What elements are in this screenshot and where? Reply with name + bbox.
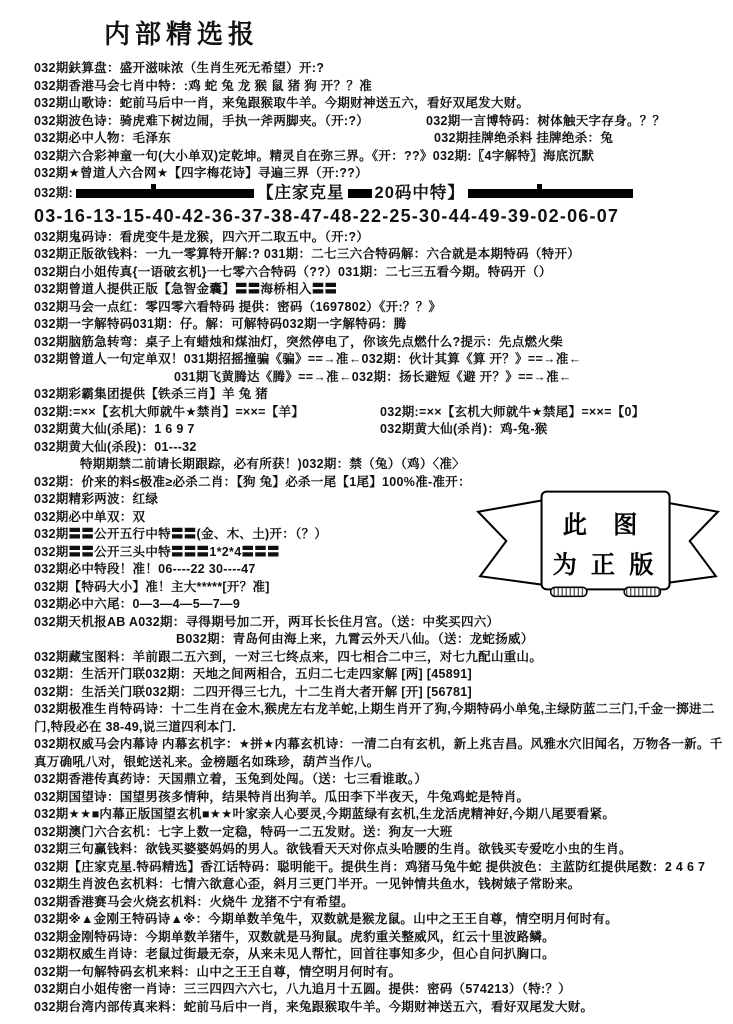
line-text: 032期波色诗：骑虎难下树边闹，手执一斧两脚夹。（开:?） — [34, 114, 369, 128]
report-line: 031期飞黄腾达《腾》==→准←032期：扬长避短《避 开？》==→准← — [34, 369, 731, 387]
line-text: 032期彩霸集团提供【铁杀三肖】羊 兔 猪 — [34, 387, 268, 401]
report-line: B032期：青岛何由海上来，九霄云外天八仙。（送：龙蛇扬威） — [34, 631, 731, 649]
authenticity-stamp: 此 图 为 正 版 — [468, 484, 728, 610]
stamp-curl-left — [551, 587, 587, 596]
line-text: 032期★★■内幕正版国望玄机■★★叶家亲人心要灵,今期蓝绿有玄机,生龙活虎精神… — [34, 807, 615, 821]
bars-label: 【庄家克星 — [257, 184, 345, 202]
report-line: 032期一句解特码玄机来料：山中之王王自尊，情空明月何时有。 — [34, 964, 731, 982]
report-line: 032期※▲金刚王特码诗▲※：今期单数羊兔牛，双数就是猴龙鼠。山中之王王自尊，情… — [34, 911, 731, 929]
line-text: 032期台湾内部传真来料：蛇前马后中一肖，来兔跟猴取牛羊。今期财神送五六，看好双… — [34, 1000, 593, 1014]
report-line: 032期:=××【玄机大师就牛★禁肖】=××=【羊】032期:=××【玄机大师就… — [34, 404, 731, 422]
ribbon-left-wing — [478, 500, 547, 586]
report-line: 032期生肖波色玄机料：七情六欲意心歪，斜月三更门半开。一见钟情共鱼水，钱树婊子… — [34, 876, 731, 894]
report-line: 032期国望诗：国望男孩多情种，结果特肖出狗羊。瓜田李下半夜天，牛兔鸡蛇是特肖。 — [34, 789, 731, 807]
line-text: 032期金刚特码诗：今期单数羊猪牛，双数就是马狗鼠。虎豹重关整威风，红云十里波路… — [34, 930, 555, 944]
report-line: 032期★曾道人六合网★【四字梅花诗】寻遍三界（开:??） — [34, 165, 731, 183]
line-text: 032期黄大仙(杀尾)：1 6 9 7 — [34, 422, 195, 436]
line-text: 032期：生活关门联032期：二四开得三七九，十二生肖大者开解 [开] [567… — [34, 685, 472, 699]
line-text: 032期【庄家克星.特码精选】香江话特码：聪明能干。提供生肖：鸡猪马兔牛蛇 提供… — [34, 860, 705, 874]
report-line: 032期香港传真药诗：天国鼎立着，玉兔到处闯。（送：七三看谁敢。） — [34, 771, 731, 789]
line-text: 032期澳门六合玄机：七字上数一定稳，特码一二五发财。送：狗友一大班 — [34, 825, 453, 839]
report-line: 032期澳门六合玄机：七字上数一定稳，特码一二五发财。送：狗友一大班 — [34, 824, 731, 842]
line-text: 032期必中单双：双 — [34, 510, 145, 524]
line-text: 032期香港赛马会火烧玄机料：火烧牛 龙猪不宁有希望。 — [34, 895, 354, 909]
line-text: 032期权威马会内幕诗 内幕玄机字：★拼★内幕玄机诗：一清二白有玄机，新上兆吉昌… — [34, 737, 723, 769]
line-text: 032期鈇算盘：盛开滋味浓（生肖生死无希望）开:? — [34, 61, 324, 75]
report-line: 032期白小姐传真{一语破玄机}一七零六合特码（??）031期：二七三五看今期。… — [34, 264, 731, 282]
line-text: 032期权威生肖诗：老鼠过街最无奈，从来未见人帮忙，回首往事知多少，但心自问扒胸… — [34, 947, 555, 961]
line-text: 032期鬼码诗：看虎变牛是龙猴，四六开二取五中。（开:?） — [34, 230, 369, 244]
line-text: 032期三句赢钱料：欲钱买婆婆妈妈的男人。欲钱看天天对你点头哈腰的生肖。欲钱买专… — [34, 842, 632, 856]
report-line: 032期一字解特码031期：仔。解：可解特码032期一字解特码：腾 — [34, 316, 731, 334]
line-text: 032期正版欲钱料：一九一零算特开解:? 031期：二七三六合特码解：六合就是本… — [34, 247, 580, 261]
line-text: 032期〓〓公开三头中特〓〓〓1*2*4〓〓〓 — [34, 545, 280, 559]
report-line: 032期极准生肖特码诗：十二生肖在金木,猴虎左右龙羊蛇,上期生肖开了狗,今期特码… — [34, 701, 731, 736]
line-text: 032期精彩两波：红绿 — [34, 492, 158, 506]
report-line: 032期必中人物：毛泽东032期挂牌绝杀料 挂牌绝杀：兔 — [34, 130, 731, 148]
line-text: 032期国望诗：国望男孩多情种，结果特肖出狗羊。瓜田李下半夜天，牛兔鸡蛇是特肖。 — [34, 790, 529, 804]
report-line: 032期藏宝图料：羊前跟二五六到，一对三七终点来，四七相合二中三，对七九配山重山… — [34, 649, 731, 667]
report-line: 032期★★■内幕正版国望玄机■★★叶家亲人心要灵,今期蓝绿有玄机,生龙活虎精神… — [34, 806, 731, 824]
report-line: 特期期禁二前请长期跟踪，必有所获！)032期：禁（兔）（鸡）〈准〉 — [34, 456, 731, 474]
line-text: 032期极准生肖特码诗：十二生肖在金木,猴虎左右龙羊蛇,上期生肖开了狗,今期特码… — [34, 702, 715, 734]
stamp-curl-right — [624, 587, 660, 596]
line-text: 032期必中特段！准！06----22 30----47 — [34, 562, 256, 576]
line-text: B032期：青岛何由海上来，九霄云外天八仙。（送：龙蛇扬威） — [176, 632, 534, 646]
line-text: 特期期禁二前请长期跟踪，必有所获！)032期：禁（兔）（鸡）〈准〉 — [80, 457, 465, 471]
line-text: 032期生肖波色玄机料：七情六欲意心歪，斜月三更门半开。一见钟情共鱼水，钱树婊子… — [34, 877, 581, 891]
line-text: 032期曾道人一句定单双！031期招摇撞骗《骗》==→准←032期：伙计其算《算… — [34, 352, 581, 366]
black-bar — [76, 189, 254, 198]
line-text: 032期:=××【玄机大师就牛★禁肖】=××=【羊】 — [34, 405, 304, 419]
report-line: 032期脑筋急转弯：桌子上有蜡烛和煤油灯，突然停电了，你该先点燃什么?提示：先点… — [34, 334, 731, 352]
report-line: 032期马会一点红：零四零六看特码 提供：密码（1697802）《开:？？》 — [34, 299, 731, 317]
line-text: 032期必中人物：毛泽东 — [34, 131, 171, 145]
report-line: 032期：生活开门联032期：天地之间两相合，五归二七走四家解 [两] [458… — [34, 666, 731, 684]
report-line: 032期六合彩神童一句(大小单双)定乾坤。精灵自在弥三界。《开：??》032期:… — [34, 148, 731, 166]
line-text: 032期: — [34, 186, 73, 200]
line-text-col2: 032期挂牌绝杀料 挂牌绝杀：兔 — [434, 130, 613, 148]
line-text: 03-16-13-15-40-42-36-37-38-47-48-22-25-3… — [34, 206, 619, 226]
report-line: 032期山歌诗：蛇前马后中一肖，来兔跟猴取牛羊。今期财神送五六，看好双尾发大财。 — [34, 95, 731, 113]
line-text-col2: 032期:=××【玄机大师就牛★禁尾】=××=【0】 — [380, 404, 645, 422]
line-text: 032期一句解特码玄机来料：山中之王王自尊，情空明月何时有。 — [34, 965, 401, 979]
line-text: 032期藏宝图料：羊前跟二五六到，一对三七终点来，四七相合二中三，对七九配山重山… — [34, 650, 542, 664]
line-text: 031期飞黄腾达《腾》==→准←032期：扬长避短《避 开？》==→准← — [174, 370, 572, 384]
line-text: 032期黄大仙(杀段)：01---32 — [34, 440, 197, 454]
report-line: 032期权威生肖诗：老鼠过街最无奈，从来未见人帮忙，回首往事知多少，但心自问扒胸… — [34, 946, 731, 964]
report-line: 032期曾道人一句定单双！031期招摇撞骗《骗》==→准←032期：伙计其算《算… — [34, 351, 731, 369]
report-line: 032期鬼码诗：看虎变牛是龙猴，四六开二取五中。（开:?） — [34, 229, 731, 247]
stamp-line2: 为 正 版 — [553, 552, 658, 579]
line-text: 032期一字解特码031期：仔。解：可解特码032期一字解特码：腾 — [34, 317, 406, 331]
line-text: 032期香港马会七肖中特：:鸡 蛇 兔 龙 猴 鼠 猪 狗 开？？准 — [34, 79, 372, 93]
report-line: 032期彩霸集团提供【铁杀三肖】羊 兔 猪 — [34, 386, 731, 404]
report-line: 032期波色诗：骑虎难下树边闹，手执一斧两脚夹。（开:?）032期一言博特码：树… — [34, 113, 731, 131]
line-text: 032期曾道人提供正版【急智金囊】〓〓海桥相入〓〓 — [34, 282, 337, 296]
line-text: 032期山歌诗：蛇前马后中一肖，来兔跟猴取牛羊。今期财神送五六，看好双尾发大财。 — [34, 96, 529, 110]
report-line: 032期:【庄家克星20码中特】 — [34, 183, 731, 204]
line-text: 032期马会一点红：零四零六看特码 提供：密码（1697802）《开:？？》 — [34, 300, 441, 314]
black-bar — [348, 189, 372, 198]
report-line: 032期三句赢钱料：欲钱买婆婆妈妈的男人。欲钱看天天对你点头哈腰的生肖。欲钱买专… — [34, 841, 731, 859]
report-line: 032期天机报AB A032期：寻得期号加二开，两耳长长住月宫。（送：中奖买四六… — [34, 614, 731, 632]
report-line: 032期香港马会七肖中特：:鸡 蛇 兔 龙 猴 鼠 猪 狗 开？？准 — [34, 78, 731, 96]
bars-label: 20码中特】 — [375, 184, 465, 202]
line-text: 032期脑筋急转弯：桌子上有蜡烛和煤油灯，突然停电了，你该先点燃什么?提示：先点… — [34, 335, 563, 349]
report-line: 032期黄大仙(杀尾)：1 6 9 7032期黄大仙(杀肖)：鸡-兔-猴 — [34, 421, 731, 439]
line-text: 032期白小姐传真{一语破玄机}一七零六合特码（??）031期：二七三五看今期。… — [34, 265, 552, 279]
line-text: 032期【特码大小】准！主大*****[开？准] — [34, 580, 270, 594]
line-text: 032期※▲金刚王特码诗▲※：今期单数羊兔牛，双数就是猴龙鼠。山中之王王自尊，情… — [34, 912, 618, 926]
line-text: 032期：生活开门联032期：天地之间两相合，五归二七走四家解 [两] [458… — [34, 667, 472, 681]
line-text: 032期〓〓公开五行中特〓〓(金、木、土)开：（？） — [34, 527, 327, 541]
line-text: 032期六合彩神童一句(大小单双)定乾坤。精灵自在弥三界。《开：??》032期:… — [34, 149, 594, 163]
report-line: 032期台湾内部传真来料：蛇前马后中一肖，来兔跟猴取牛羊。今期财神送五六，看好双… — [34, 999, 731, 1017]
stamp-line1: 此 图 — [563, 512, 648, 539]
report-line: 032期正版欲钱料：一九一零算特开解:? 031期：二七三六合特码解：六合就是本… — [34, 246, 731, 264]
line-text: 032期★曾道人六合网★【四字梅花诗】寻遍三界（开:??） — [34, 166, 368, 180]
report-line: 032期：生活关门联032期：二四开得三七九，十二生肖大者开解 [开] [567… — [34, 684, 731, 702]
report-line: 032期曾道人提供正版【急智金囊】〓〓海桥相入〓〓 — [34, 281, 731, 299]
report-line: 032期黄大仙(杀段)：01---32 — [34, 439, 731, 457]
report-line: 032期白小姐传密一肖诗：三三四四六六七，八九追月十五圆。提供：密码（57421… — [34, 981, 731, 999]
line-text: 032期必中六尾：0—3—4—5—7—9 — [34, 597, 240, 611]
line-text: 032期天机报AB A032期：寻得期号加二开，两耳长长住月宫。（送：中奖买四六… — [34, 615, 499, 629]
line-text: 032期：价来的料≤极准≥必杀二肖：【狗 兔】必杀一尾【1尾】100%准-准开： — [34, 475, 471, 489]
report-line: 032期香港赛马会火烧玄机料：火烧牛 龙猪不宁有希望。 — [34, 894, 731, 912]
report-line: 032期【庄家克星.特码精选】香江话特码：聪明能干。提供生肖：鸡猪马兔牛蛇 提供… — [34, 859, 731, 877]
report-page: 内部精选报 032期鈇算盘：盛开滋味浓（生肖生死无希望）开:?032期香港马会七… — [0, 0, 733, 1024]
line-text: 032期香港传真药诗：天国鼎立着，玉兔到处闯。（送：七三看谁敢。） — [34, 772, 427, 786]
report-line: 032期权威马会内幕诗 内幕玄机字：★拼★内幕玄机诗：一清二白有玄机，新上兆吉昌… — [34, 736, 731, 771]
page-title: 内部精选报 — [104, 14, 731, 51]
winning-numbers-row: 03-16-13-15-40-42-36-37-38-47-48-22-25-3… — [34, 204, 731, 229]
line-text-col2: 032期一言博特码：树体触天字存身。？？ — [426, 113, 665, 131]
report-line: 032期鈇算盘：盛开滋味浓（生肖生死无希望）开:? — [34, 60, 731, 78]
line-text-col2: 032期黄大仙(杀肖)：鸡-兔-猴 — [380, 421, 548, 439]
black-bar — [468, 189, 633, 198]
report-line: 032期金刚特码诗：今期单数羊猪牛，双数就是马狗鼠。虎豹重关整威风，红云十里波路… — [34, 929, 731, 947]
line-text: 032期白小姐传密一肖诗：三三四四六六七，八九追月十五圆。提供：密码（57421… — [34, 982, 571, 996]
